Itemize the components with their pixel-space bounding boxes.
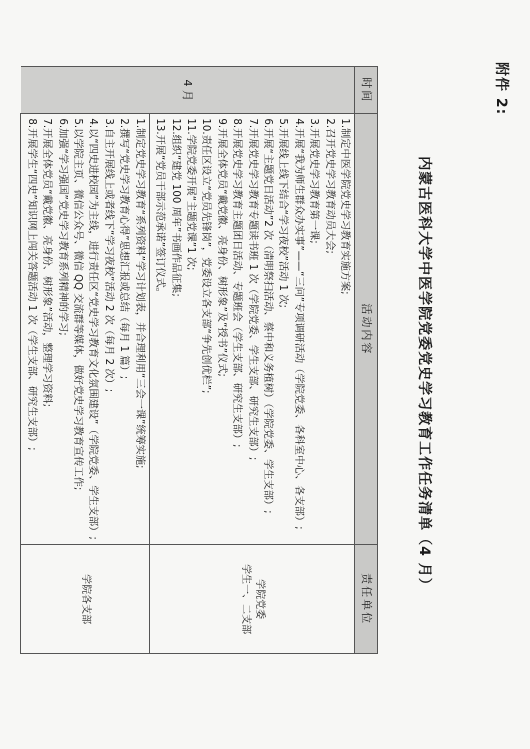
list-item: 4.开展“我为师生群众办实事”——“三问”专项调研活动（学院党委、各科室中心、各… bbox=[290, 118, 305, 540]
list-item: 7.开展党史学习教育专题读书班 1 次（学院党委、学生支部、研究生支部）; bbox=[244, 118, 259, 540]
unit-line: 学院各支部 bbox=[78, 546, 92, 652]
document-page: 附件 2: 内蒙古医科大学中医学院党委党史学习教育工作任务清单（4 月） 时间 … bbox=[0, 0, 530, 749]
scanned-page-frame: 附件 2: 内蒙古医科大学中医学院党委党史学习教育工作任务清单（4 月） 时间 … bbox=[0, 0, 530, 749]
list-item: 10.责任区设立“党员先锋岗”，党委设立各支部“争先创优栏”; bbox=[198, 118, 213, 540]
document-title: 内蒙古医科大学中医学院党委党史学习教育工作任务清单（4 月） bbox=[415, 0, 435, 749]
header-unit: 责任单位 bbox=[355, 545, 378, 654]
table-row: 1.制定党史学习教育“系列资料”学习计划表，并合理利用“三会一课”统筹实施; 2… bbox=[21, 67, 149, 654]
unit-line: 学院党委 bbox=[252, 546, 266, 652]
header-content: 活动内容 bbox=[355, 114, 378, 545]
list-item: 6.开展“主题党日活动”2 次（清明祭扫活动、蔡中和义务植树）（学院党委、学生支… bbox=[260, 118, 275, 540]
list-item: 3.自主开展线上或者线下“学习夜校”活动 2 次（每月 2 次）; bbox=[101, 118, 116, 540]
list-item: 4.以“四史进校园”为主线，进行责任区“党史学习教育文化氛围建设”（学院党委、学… bbox=[85, 118, 100, 540]
list-item: 1.制定党史学习教育“系列资料”学习计划表，并合理利用“三会一课”统筹实施; bbox=[131, 118, 146, 540]
table-row: 4 月 1.制定中医学院党史学习教育实施方案; 2.召开党史学习教育动员大会; … bbox=[149, 67, 354, 654]
unit-cell: 学院党委 学生一、二支部 bbox=[149, 545, 354, 654]
list-item: 3.开展党史学习教育第一课; bbox=[306, 118, 321, 540]
attachment-label: 附件 2: bbox=[492, 62, 512, 115]
list-item: 2.召开党史学习教育动员大会; bbox=[321, 118, 336, 540]
list-item: 8.开展学生“四史”知识网上闯关答题活动 1 次（学生支部、研究生支部）; bbox=[23, 118, 38, 540]
time-cell: 4 月 bbox=[21, 67, 355, 114]
task-table: 时间 活动内容 责任单位 4 月 1.制定中医学院党史学习教育实施方案; 2.召… bbox=[20, 66, 378, 654]
list-item: 1.制定中医学院党史学习教育实施方案; bbox=[337, 118, 352, 540]
header-time: 时间 bbox=[355, 67, 378, 114]
list-item: 13.开展“党员干部示范承诺”签订仪式。 bbox=[152, 118, 167, 540]
list-item: 7.开展全体党员“戴党徽、亮身份、树形象”活动，整理学习资料; bbox=[39, 118, 54, 540]
list-item: 9.开展全体党员“戴党徽、亮身份、树形象”及“授书”仪式; bbox=[213, 118, 228, 540]
list-item: 11.学院党委开展“主题党课”1 次; bbox=[183, 118, 198, 540]
content-cell: 1.制定中医学院党史学习教育实施方案; 2.召开党史学习教育动员大会; 3.开展… bbox=[149, 114, 354, 545]
list-item: 2.撰写“党史学习教育心得”思想汇报或总结（每月 1 篇）; bbox=[116, 118, 131, 540]
list-item: 5.以学院主页、微信公众号、微信 QQ 交流群等媒体，做好党史学习教育宣传工作; bbox=[70, 118, 85, 540]
unit-cell: 学院各支部 bbox=[21, 545, 149, 654]
list-item: 6.加强“学习强国”党史学习教育系列精神的学习; bbox=[54, 118, 69, 540]
content-cell: 1.制定党史学习教育“系列资料”学习计划表，并合理利用“三会一课”统筹实施; 2… bbox=[21, 114, 149, 545]
list-item: 12.组织“建党 100 周年”书画作品征集; bbox=[167, 118, 182, 540]
list-item: 8.开展党史学习教育主题团日活动、专题班会（学生支部、研究生支部）; bbox=[229, 118, 244, 540]
table-header-row: 时间 活动内容 责任单位 bbox=[355, 67, 378, 654]
unit-line: 学生一、二支部 bbox=[238, 546, 252, 652]
list-item: 5.开展线上线下结合“学习夜校”活动 1 次; bbox=[275, 118, 290, 540]
